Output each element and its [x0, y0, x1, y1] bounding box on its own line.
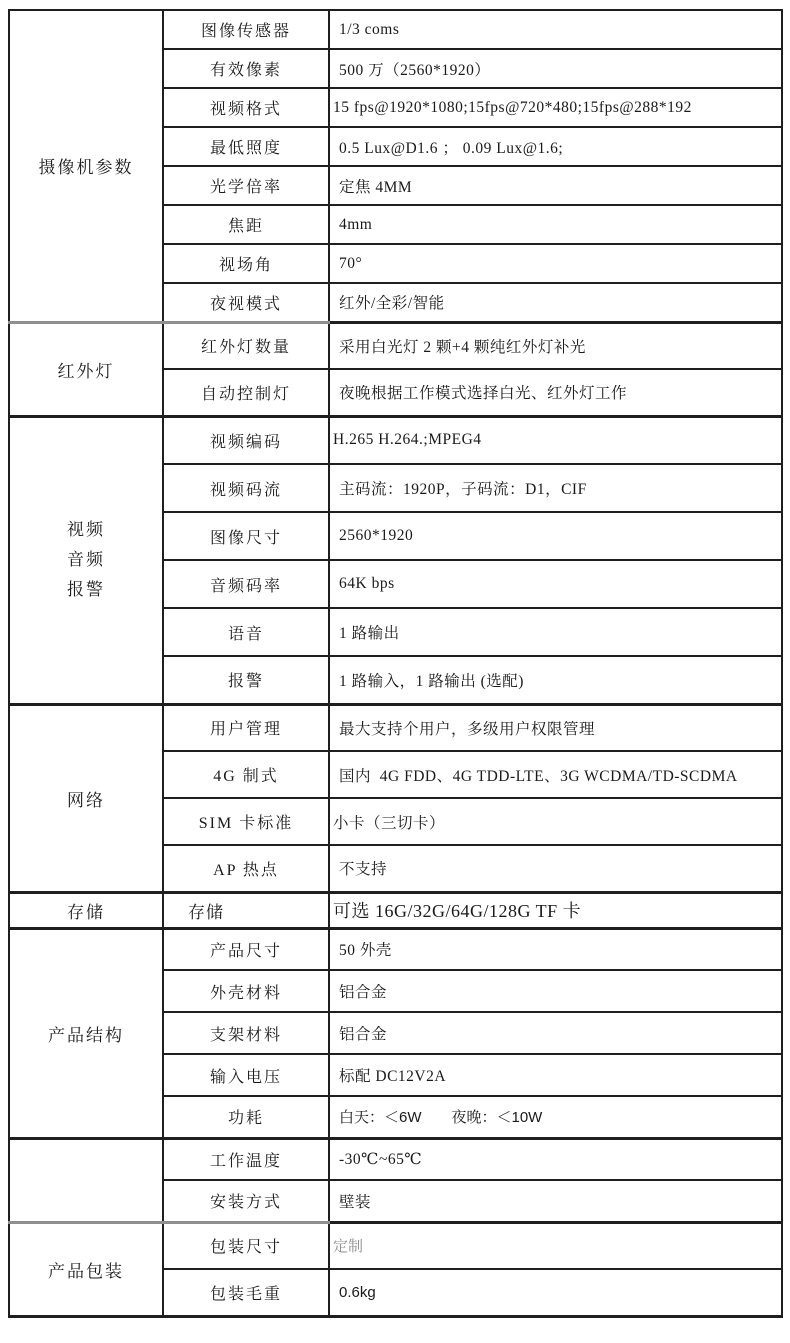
param-value: 最大支持个用户，多级用户权限管理 — [329, 704, 782, 751]
param-label: 支架材料 — [163, 1012, 329, 1054]
param-label: 功耗 — [163, 1096, 329, 1138]
param-label: 图像传感器 — [163, 10, 329, 49]
param-value: 国内 4G FDD、4G TDD-LTE、3G WCDMA/TD-SCDMA — [329, 751, 782, 798]
param-label: 包装尺寸 — [163, 1222, 329, 1269]
param-label: SIM 卡标准 — [163, 798, 329, 845]
param-value: 1 路输出 — [329, 608, 782, 656]
param-label: 红外灯数量 — [163, 322, 329, 369]
category-cell: 产品结构 — [9, 928, 163, 1138]
param-label: 产品尺寸 — [163, 928, 329, 970]
param-value: 主码流：1920P，子码流：D1，CIF — [329, 464, 782, 512]
spec-row: 工作温度 -30℃~65℃ — [9, 1138, 782, 1180]
param-label: 外壳材料 — [163, 970, 329, 1012]
spec-table: 摄像机参数 图像传感器 1/3 coms 有效像素 500 万（2560*192… — [8, 9, 783, 1318]
spec-row: 存储 存储 可选 16G/32G/64G/128G TF 卡 — [9, 892, 782, 928]
param-label: 输入电压 — [163, 1054, 329, 1096]
param-value: 4mm — [329, 205, 782, 244]
param-label: 安装方式 — [163, 1180, 329, 1222]
spec-row: 视频 音频 报警 视频编码 H.265 H.264.;MPEG4 — [9, 416, 782, 464]
param-label: 用户管理 — [163, 704, 329, 751]
param-label: 视频格式 — [163, 88, 329, 127]
param-value: 不支持 — [329, 845, 782, 892]
param-value: 70° — [329, 244, 782, 283]
param-value: 50 外壳 — [329, 928, 782, 970]
category-cell: 产品包装 — [9, 1222, 163, 1316]
param-label: 视频编码 — [163, 416, 329, 464]
param-value: 0.5 Lux@D1.6 ； 0.09 Lux@1.6; — [329, 127, 782, 166]
spec-row: 产品结构 产品尺寸 50 外壳 — [9, 928, 782, 970]
param-label: 视场角 — [163, 244, 329, 283]
param-label: 语音 — [163, 608, 329, 656]
param-value: 采用白光灯 2 颗+4 颗纯红外灯补光 — [329, 322, 782, 369]
param-value: 0.6kg — [329, 1269, 782, 1316]
category-cell: 红外灯 — [9, 322, 163, 416]
category-cell: 网络 — [9, 704, 163, 892]
spec-row: 摄像机参数 图像传感器 1/3 coms — [9, 10, 782, 49]
category-cell: 摄像机参数 — [9, 10, 163, 322]
param-value: 可选 16G/32G/64G/128G TF 卡 — [329, 892, 782, 928]
param-label: 包装毛重 — [163, 1269, 329, 1316]
param-label: AP 热点 — [163, 845, 329, 892]
param-label: 视频码流 — [163, 464, 329, 512]
param-label: 自动控制灯 — [163, 369, 329, 416]
param-value: 定制 — [329, 1222, 782, 1269]
param-value: 红外/全彩/智能 — [329, 283, 782, 322]
param-value: 定焦 4MM — [329, 166, 782, 205]
param-value: 2560*1920 — [329, 512, 782, 560]
param-value: 64K bps — [329, 560, 782, 608]
param-label: 4G 制式 — [163, 751, 329, 798]
param-value: 1 路输入，1 路输出 (选配) — [329, 656, 782, 704]
param-value: 1/3 coms — [329, 10, 782, 49]
param-label: 音频码率 — [163, 560, 329, 608]
category-cell: 存储 — [9, 892, 163, 928]
param-value: 壁装 — [329, 1180, 782, 1222]
spec-row: 网络 用户管理 最大支持个用户，多级用户权限管理 — [9, 704, 782, 751]
param-value: 铝合金 — [329, 1012, 782, 1054]
param-label: 存储 — [163, 892, 329, 928]
param-value: 小卡（三切卡） — [329, 798, 782, 845]
param-value: 白天：＜6W 夜晚：＜10W — [329, 1096, 782, 1138]
param-label: 最低照度 — [163, 127, 329, 166]
param-label: 焦距 — [163, 205, 329, 244]
param-label: 有效像素 — [163, 49, 329, 88]
param-label: 夜视模式 — [163, 283, 329, 322]
param-value: 标配 DC12V2A — [329, 1054, 782, 1096]
param-label: 工作温度 — [163, 1138, 329, 1180]
param-value: 铝合金 — [329, 970, 782, 1012]
param-value: H.265 H.264.;MPEG4 — [329, 416, 782, 464]
param-label: 光学倍率 — [163, 166, 329, 205]
spec-row: 产品包装 包装尺寸 定制 — [9, 1222, 782, 1269]
category-cell-empty — [9, 1138, 163, 1222]
param-value: 500 万（2560*1920） — [329, 49, 782, 88]
category-cell: 视频 音频 报警 — [9, 416, 163, 704]
param-label: 报警 — [163, 656, 329, 704]
spec-row: 红外灯 红外灯数量 采用白光灯 2 颗+4 颗纯红外灯补光 — [9, 322, 782, 369]
param-value: 夜晚根据工作模式选择白光、红外灯工作 — [329, 369, 782, 416]
param-value: 15 fps@1920*1080;15fps@720*480;15fps@288… — [329, 88, 782, 127]
param-value: -30℃~65℃ — [329, 1138, 782, 1180]
param-label: 图像尺寸 — [163, 512, 329, 560]
